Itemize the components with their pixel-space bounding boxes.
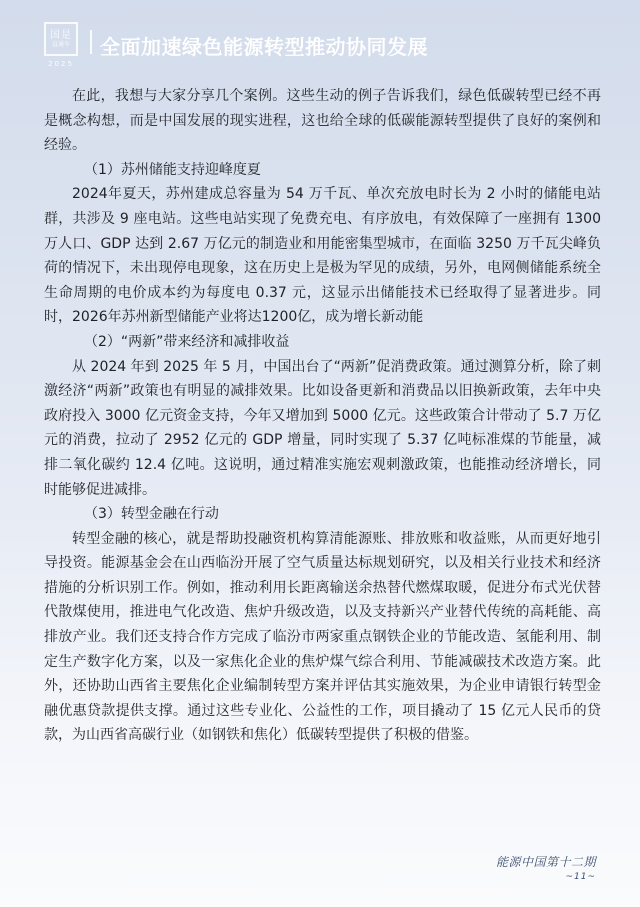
header-divider: [90, 30, 92, 54]
page-number: ~11~: [496, 872, 596, 882]
issue-label: 能源中国第十二期: [496, 853, 596, 870]
logo-top-text: 国是: [50, 30, 72, 41]
intro-paragraph: 在此，我想与大家分享几个案例。这些生动的例子告诉我们，绿色低碳转型已经不再是概念…: [44, 84, 601, 158]
logo-year: 2025: [44, 60, 78, 68]
article-body: 在此，我想与大家分享几个案例。这些生动的例子告诉我们，绿色低碳转型已经不再是概念…: [44, 84, 601, 748]
page-title: 全面加速绿色能源转型推动协同发展: [100, 31, 428, 60]
page-footer: 能源中国第十二期 ~11~: [496, 853, 596, 882]
section-heading-1: （1）苏州储能支持迎峰度夏: [44, 158, 601, 183]
page-header: 国是 直通车 2025 全面加速绿色能源转型推动协同发展: [0, 0, 640, 80]
section-paragraph-1: 2024年夏天，苏州建成总容量为 54 万千瓦、单次充放电时长为 2 小时的储能…: [44, 182, 601, 330]
logo-bottom-text: 直通车: [52, 41, 70, 49]
section-paragraph-3: 转型金融的核心，就是帮助投融资机构算清能源账、排放账和收益账，从而更好地引导投资…: [44, 527, 601, 748]
section-heading-2: （2）“两新”带来经济和减排收益: [44, 330, 601, 355]
section-paragraph-2: 从 2024 年到 2025 年 5 月，中国出台了“两新”促消费政策。通过测算…: [44, 355, 601, 503]
publication-logo: 国是 直通车: [44, 22, 78, 56]
section-heading-3: （3）转型金融在行动: [44, 502, 601, 527]
